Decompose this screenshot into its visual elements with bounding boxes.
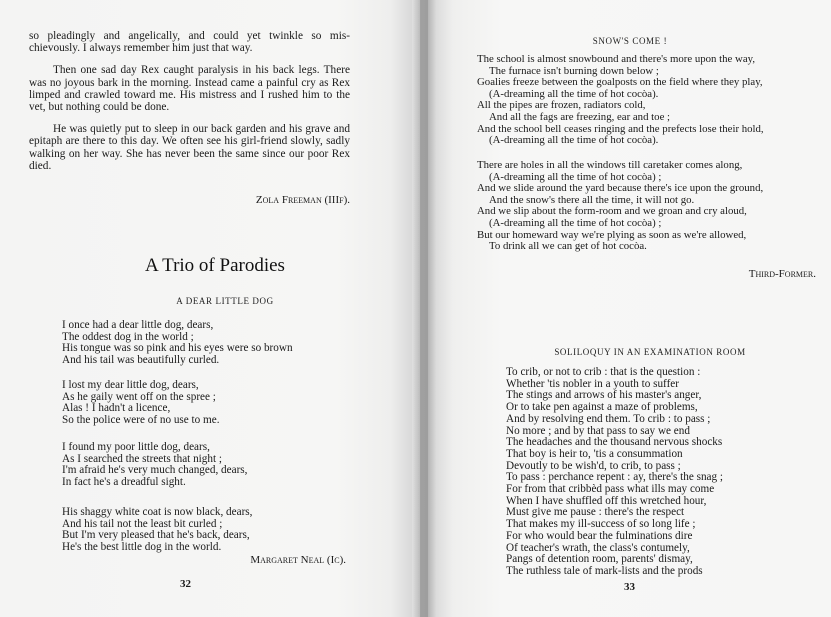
poem-stanza: The school is almost snowbound and there…: [477, 54, 764, 147]
poem-title: A Dear Little Dog: [100, 296, 350, 306]
poem-line: And by resolving end them. To crib : to …: [506, 414, 723, 426]
poem-line: I once had a dear little dog, dears,: [62, 320, 293, 332]
poem-stanza: His shaggy white coat is now black, dear…: [62, 507, 252, 553]
poem-line: For who would bear the fulminations dire: [506, 531, 723, 543]
poem-stanza: I once had a dear little dog, dears, The…: [62, 320, 293, 366]
poem-line: To crib, or not to crib : that is the qu…: [506, 367, 723, 379]
right-page: Snow's Come ! The school is almost snowb…: [420, 0, 831, 617]
poem-stanza: There are holes in all the windows till …: [477, 160, 763, 253]
poem-line: To drink all we can get of hot cocòa.: [477, 241, 763, 253]
poem-title: Snow's Come !: [510, 36, 750, 46]
poem-line: And all the fags are freezing, ear and t…: [477, 112, 764, 124]
poem-line: He's the best little dog in the world.: [62, 542, 252, 554]
poem-signature: Margaret Neal (Ic).: [250, 554, 346, 566]
poem-line: His shaggy white coat is now black, dear…: [62, 507, 252, 519]
poem-line: (A-dreaming all the time of hot cocòa).: [477, 135, 764, 147]
poem-title: Soliloquy in an Examination Room: [520, 347, 780, 357]
poem-line: For from that cribbèd pass what ills may…: [506, 484, 723, 496]
poem-signature: Third-Former.: [749, 268, 816, 280]
poem-line: The school is almost snowbound and there…: [477, 54, 764, 66]
poem-line: I lost my dear little dog, dears,: [62, 380, 220, 392]
poem-line: In fact he's a dreadful sight.: [62, 477, 247, 489]
page-number: 33: [624, 581, 635, 593]
poem-line: And his tail was beautifully curled.: [62, 355, 293, 367]
poem-stanza: To crib, or not to crib : that is the qu…: [506, 367, 723, 578]
poem-stanza: I lost my dear little dog, dears, As he …: [62, 380, 220, 426]
poem-line: I found my poor little dog, dears,: [62, 442, 247, 454]
poem-line: (A-dreaming all the time of hot cocòa) ;: [477, 218, 763, 230]
dog-story-prose: so pleadingly and angelically, and could…: [29, 30, 350, 182]
prose-paragraph: Then one sad day Rex caught paralysis in…: [29, 64, 350, 113]
left-page: so pleadingly and angelically, and could…: [0, 0, 420, 617]
poem-line: The ruthless tale of mark-lists and the …: [506, 566, 723, 578]
prose-paragraph: He was quietly put to sleep in our back …: [29, 123, 350, 172]
prose-signature: Zola Freeman (IIIf).: [256, 194, 350, 206]
page-number: 32: [180, 578, 191, 590]
poem-line: There are holes in all the windows till …: [477, 160, 763, 172]
book-gutter-shadow: [412, 0, 428, 617]
section-title: A Trio of Parodies: [100, 255, 330, 277]
poem-stanza: I found my poor little dog, dears, As I …: [62, 442, 247, 488]
prose-paragraph: so pleadingly and angelically, and could…: [29, 30, 350, 54]
poem-line: So the police were of no use to me.: [62, 415, 220, 427]
poem-line: That boy is heir to, 'tis a consummation: [506, 449, 723, 461]
